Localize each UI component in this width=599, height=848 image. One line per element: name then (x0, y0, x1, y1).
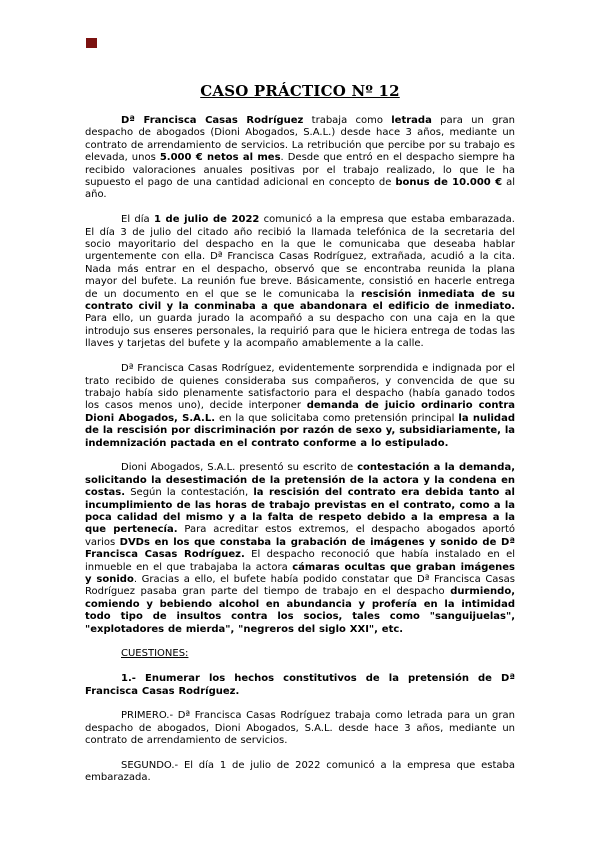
text-run: 5.000 € netos al mes (160, 152, 281, 163)
dismissal-paragraph: El día 1 de julio de 2022 comunicó a la … (85, 214, 515, 350)
text-run: El día (121, 214, 154, 225)
text-run: trabaja como (303, 115, 391, 126)
text-run: 1.- Enumerar los hechos constitutivos de… (85, 673, 515, 696)
text-run: 1 de julio de 2022 (154, 214, 259, 225)
document-body: CASO PRÁCTICO Nº 12 Dª Francisca Casas R… (85, 82, 515, 797)
answer-paragraph: Dioni Abogados, S.A.L. presentó su escri… (85, 462, 515, 636)
text-run: PRIMERO.- Dª Francisca Casas Rodríguez t… (85, 710, 515, 746)
text-run: Según la contestación, (125, 487, 253, 498)
text-run: SEGUNDO.- El día 1 de julio de 2022 comu… (85, 760, 515, 783)
page-marker (86, 38, 97, 48)
text-run: Dioni Abogados, S.A.L. presentó su escri… (121, 462, 357, 473)
document-paragraphs: Dª Francisca Casas Rodríguez trabaja com… (85, 115, 515, 785)
text-run: Dª Francisca Casas Rodríguez (121, 115, 303, 126)
lawsuit-paragraph: Dª Francisca Casas Rodríguez, evidenteme… (85, 363, 515, 450)
document-page: { "page": { "background_color": "#ffffff… (0, 0, 599, 848)
document-title: CASO PRÁCTICO Nº 12 (85, 82, 515, 100)
fact-primero: PRIMERO.- Dª Francisca Casas Rodríguez t… (85, 710, 515, 747)
questions-heading: CUESTIONES: (85, 648, 515, 660)
text-run: letrada (391, 115, 432, 126)
text-run: CUESTIONES: (121, 648, 188, 659)
text-run: comunicó a la empresa que estaba embaraz… (85, 214, 515, 299)
fact-segundo: SEGUNDO.- El día 1 de julio de 2022 comu… (85, 760, 515, 785)
intro-paragraph: Dª Francisca Casas Rodríguez trabaja com… (85, 115, 515, 202)
text-run: bonus de 10.000 € (395, 177, 502, 188)
question-1: 1.- Enumerar los hechos constitutivos de… (85, 673, 515, 698)
text-run: Para ello, un guarda jurado la acompañó … (85, 313, 515, 349)
text-run: en la que solicitaba como pretensión pri… (215, 413, 458, 424)
